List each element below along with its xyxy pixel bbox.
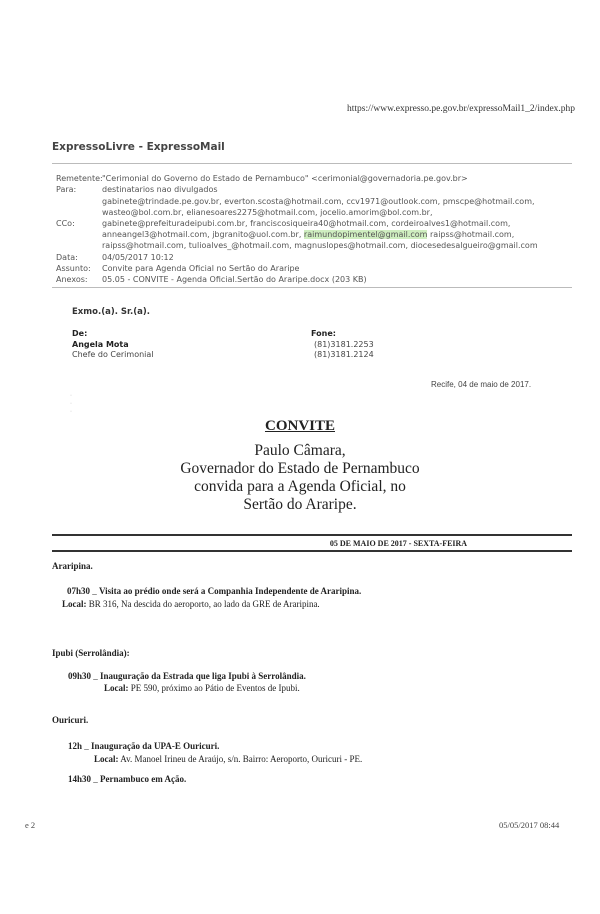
phone-label: Fone:	[311, 329, 374, 340]
highlighted-email: raimundopimentel@gmail.com	[304, 230, 428, 239]
place-date: Recife, 04 de maio de 2017.	[431, 380, 531, 389]
agenda-date: 05 DE MAIO DE 2017 - SEXTA-FEIRA	[225, 539, 572, 548]
subject-label: Assunto:	[56, 263, 91, 274]
bcc-line-tail: raipss@hotmail.com,	[427, 230, 514, 239]
printed-timestamp: 05/05/2017 08:44	[499, 820, 559, 830]
from-role: Chefe do Cerimonial	[72, 350, 154, 361]
invite-body: Paulo Câmara, Governador do Estado de Pe…	[0, 442, 600, 514]
date-label: Data:	[56, 252, 78, 263]
invite-title: CONVITE	[0, 418, 600, 435]
city-heading: Araripina.	[52, 560, 93, 572]
invite-line: convida para a Agenda Oficial, no	[0, 478, 600, 496]
city-heading: Ipubi (Serrolândia):	[52, 647, 130, 659]
rule-top	[52, 534, 572, 536]
event-time: 07h30	[67, 586, 90, 596]
attachment-link[interactable]: 05.05 - CONVITE - Agenda Oficial.Sertão …	[102, 274, 367, 285]
subject-value: Convite para Agenda Oficial no Sertão do…	[102, 263, 299, 274]
rule-bottom	[52, 550, 572, 552]
divider	[52, 287, 572, 288]
phone-number: (81)3181.2124	[311, 350, 374, 361]
agenda-event: 14h30 _ Pernambuco em Ação.	[68, 773, 186, 785]
phone-number: (81)3181.2253	[311, 340, 374, 351]
date-value: 04/05/2017 10:12	[102, 252, 174, 263]
event-title: Pernambuco em Ação.	[100, 774, 186, 784]
bcc-label: CCo:	[56, 218, 75, 229]
local-value: BR 316, Na descida do aeroporto, ao lado…	[89, 599, 320, 609]
page-url: https://www.expresso.pe.gov.br/expressoM…	[347, 104, 575, 114]
invite-line: Sertão do Araripe.	[0, 496, 600, 514]
from-label: De:	[72, 329, 154, 340]
event-local: Local: PE 590, próximo ao Pátio de Event…	[104, 682, 300, 694]
phone-block: Fone: (81)3181.2253 (81)3181.2124	[311, 329, 374, 361]
invite-line: Governador do Estado de Pernambuco	[0, 460, 600, 478]
event-time: 12h	[68, 741, 82, 751]
bcc-line: gabinete@trindade.pe.gov.br, everton.sco…	[102, 196, 535, 207]
agenda-event: 07h30 _ Visita ao prédio onde será a Com…	[67, 585, 361, 597]
local-label: Local:	[62, 599, 87, 609]
event-time: 09h30	[68, 671, 91, 681]
to-value: destinatarios nao divulgados	[102, 184, 218, 195]
bcc-line: anneangel3@hotmail.com, jbgranito@uol.co…	[102, 229, 514, 240]
bcc-line: raipss@hotmail.com, tulioalves_@hotmail.…	[102, 240, 538, 251]
event-title: Inauguração da Estrada que liga Ipubi à …	[100, 671, 306, 681]
agenda-event: 09h30 _ Inauguração da Estrada que liga …	[68, 670, 306, 682]
to-label: Para:	[56, 184, 76, 195]
sender-label: Remetente:	[56, 173, 103, 184]
page-marker: e 2	[25, 820, 35, 830]
bcc-line-text: anneangel3@hotmail.com, jbgranito@uol.co…	[102, 230, 304, 239]
bcc-line: wasteo@bol.com.br, elianesoares2275@hotm…	[102, 207, 432, 218]
divider	[52, 163, 572, 164]
event-title: Inauguração da UPA-E Ouricuri.	[91, 741, 219, 751]
event-title: Visita ao prédio onde será a Companhia I…	[99, 586, 361, 596]
salutation: Exmo.(a). Sr.(a).	[72, 307, 150, 317]
bcc-line: gabinete@prefeituradeipubi.com.br, franc…	[102, 218, 510, 229]
attachments-label: Anexos:	[56, 274, 88, 285]
event-local: Local: BR 316, Na descida do aeroporto, …	[62, 598, 320, 610]
sender-block: De: Angela Mota Chefe do Cerimonial	[72, 329, 154, 361]
sender-value: "Cerimonial do Governo do Estado de Pern…	[102, 173, 468, 184]
event-local: Local: Av. Manoel Irineu de Araújo, s/n.…	[94, 753, 362, 765]
local-label: Local:	[94, 754, 119, 764]
bullet-dots: ···	[70, 392, 72, 416]
invite-line: Paulo Câmara,	[0, 442, 600, 460]
app-title: ExpressoLivre - ExpressoMail	[52, 141, 225, 153]
from-name: Angela Mota	[72, 340, 154, 351]
agenda-event: 12h _ Inauguração da UPA-E Ouricuri.	[68, 740, 219, 752]
local-value: Av. Manoel Irineu de Araújo, s/n. Bairro…	[120, 754, 362, 764]
local-label: Local:	[104, 683, 129, 693]
city-heading: Ouricuri.	[52, 714, 88, 726]
local-value: PE 590, próximo ao Pátio de Eventos de I…	[131, 683, 300, 693]
event-time: 14h30	[68, 774, 91, 784]
